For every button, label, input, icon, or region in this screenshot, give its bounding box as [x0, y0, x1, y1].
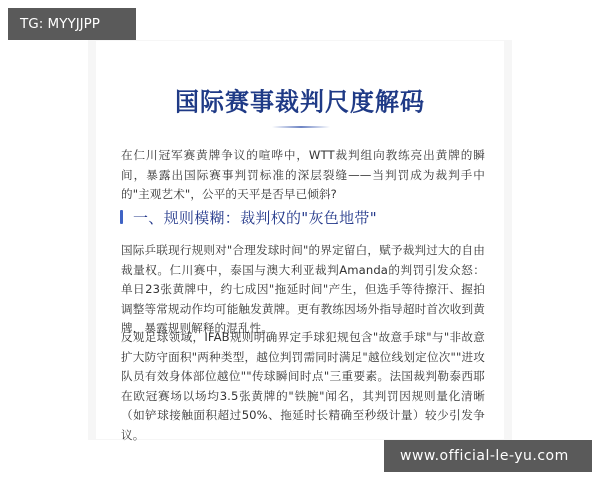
intro-paragraph: 在仁川冠军赛黄牌争议的喧哗中，WTT裁判组向教练亮出黄牌的瞬间，暴露出国际赛事判… [121, 146, 485, 205]
section-heading: 一、规则模糊：裁判权的"灰色地带" [120, 206, 377, 228]
accent-bar-icon [120, 210, 123, 224]
body-paragraph: 反观足球领域，IFAB规则明确界定手球犯规包含"故意手球"与"非故意扩大防守面积… [121, 328, 485, 446]
section-heading-text: 一、规则模糊：裁判权的"灰色地带" [133, 207, 377, 228]
watermark-bottom-right: www.official-le-yu.com [384, 440, 592, 472]
article-title: 国际赛事裁判尺度解码 [150, 81, 450, 118]
watermark-top-left: TG: MYYJJPP [8, 8, 136, 40]
title-divider [272, 126, 330, 128]
page: 国际赛事裁判尺度解码 在仁川冠军赛黄牌争议的喧哗中，WTT裁判组向教练亮出黄牌的… [0, 0, 600, 480]
body-paragraph: 国际乒联现行规则对"合理发球时间"的界定留白，赋予裁判过大的自由裁量权。仁川赛中… [121, 241, 485, 339]
